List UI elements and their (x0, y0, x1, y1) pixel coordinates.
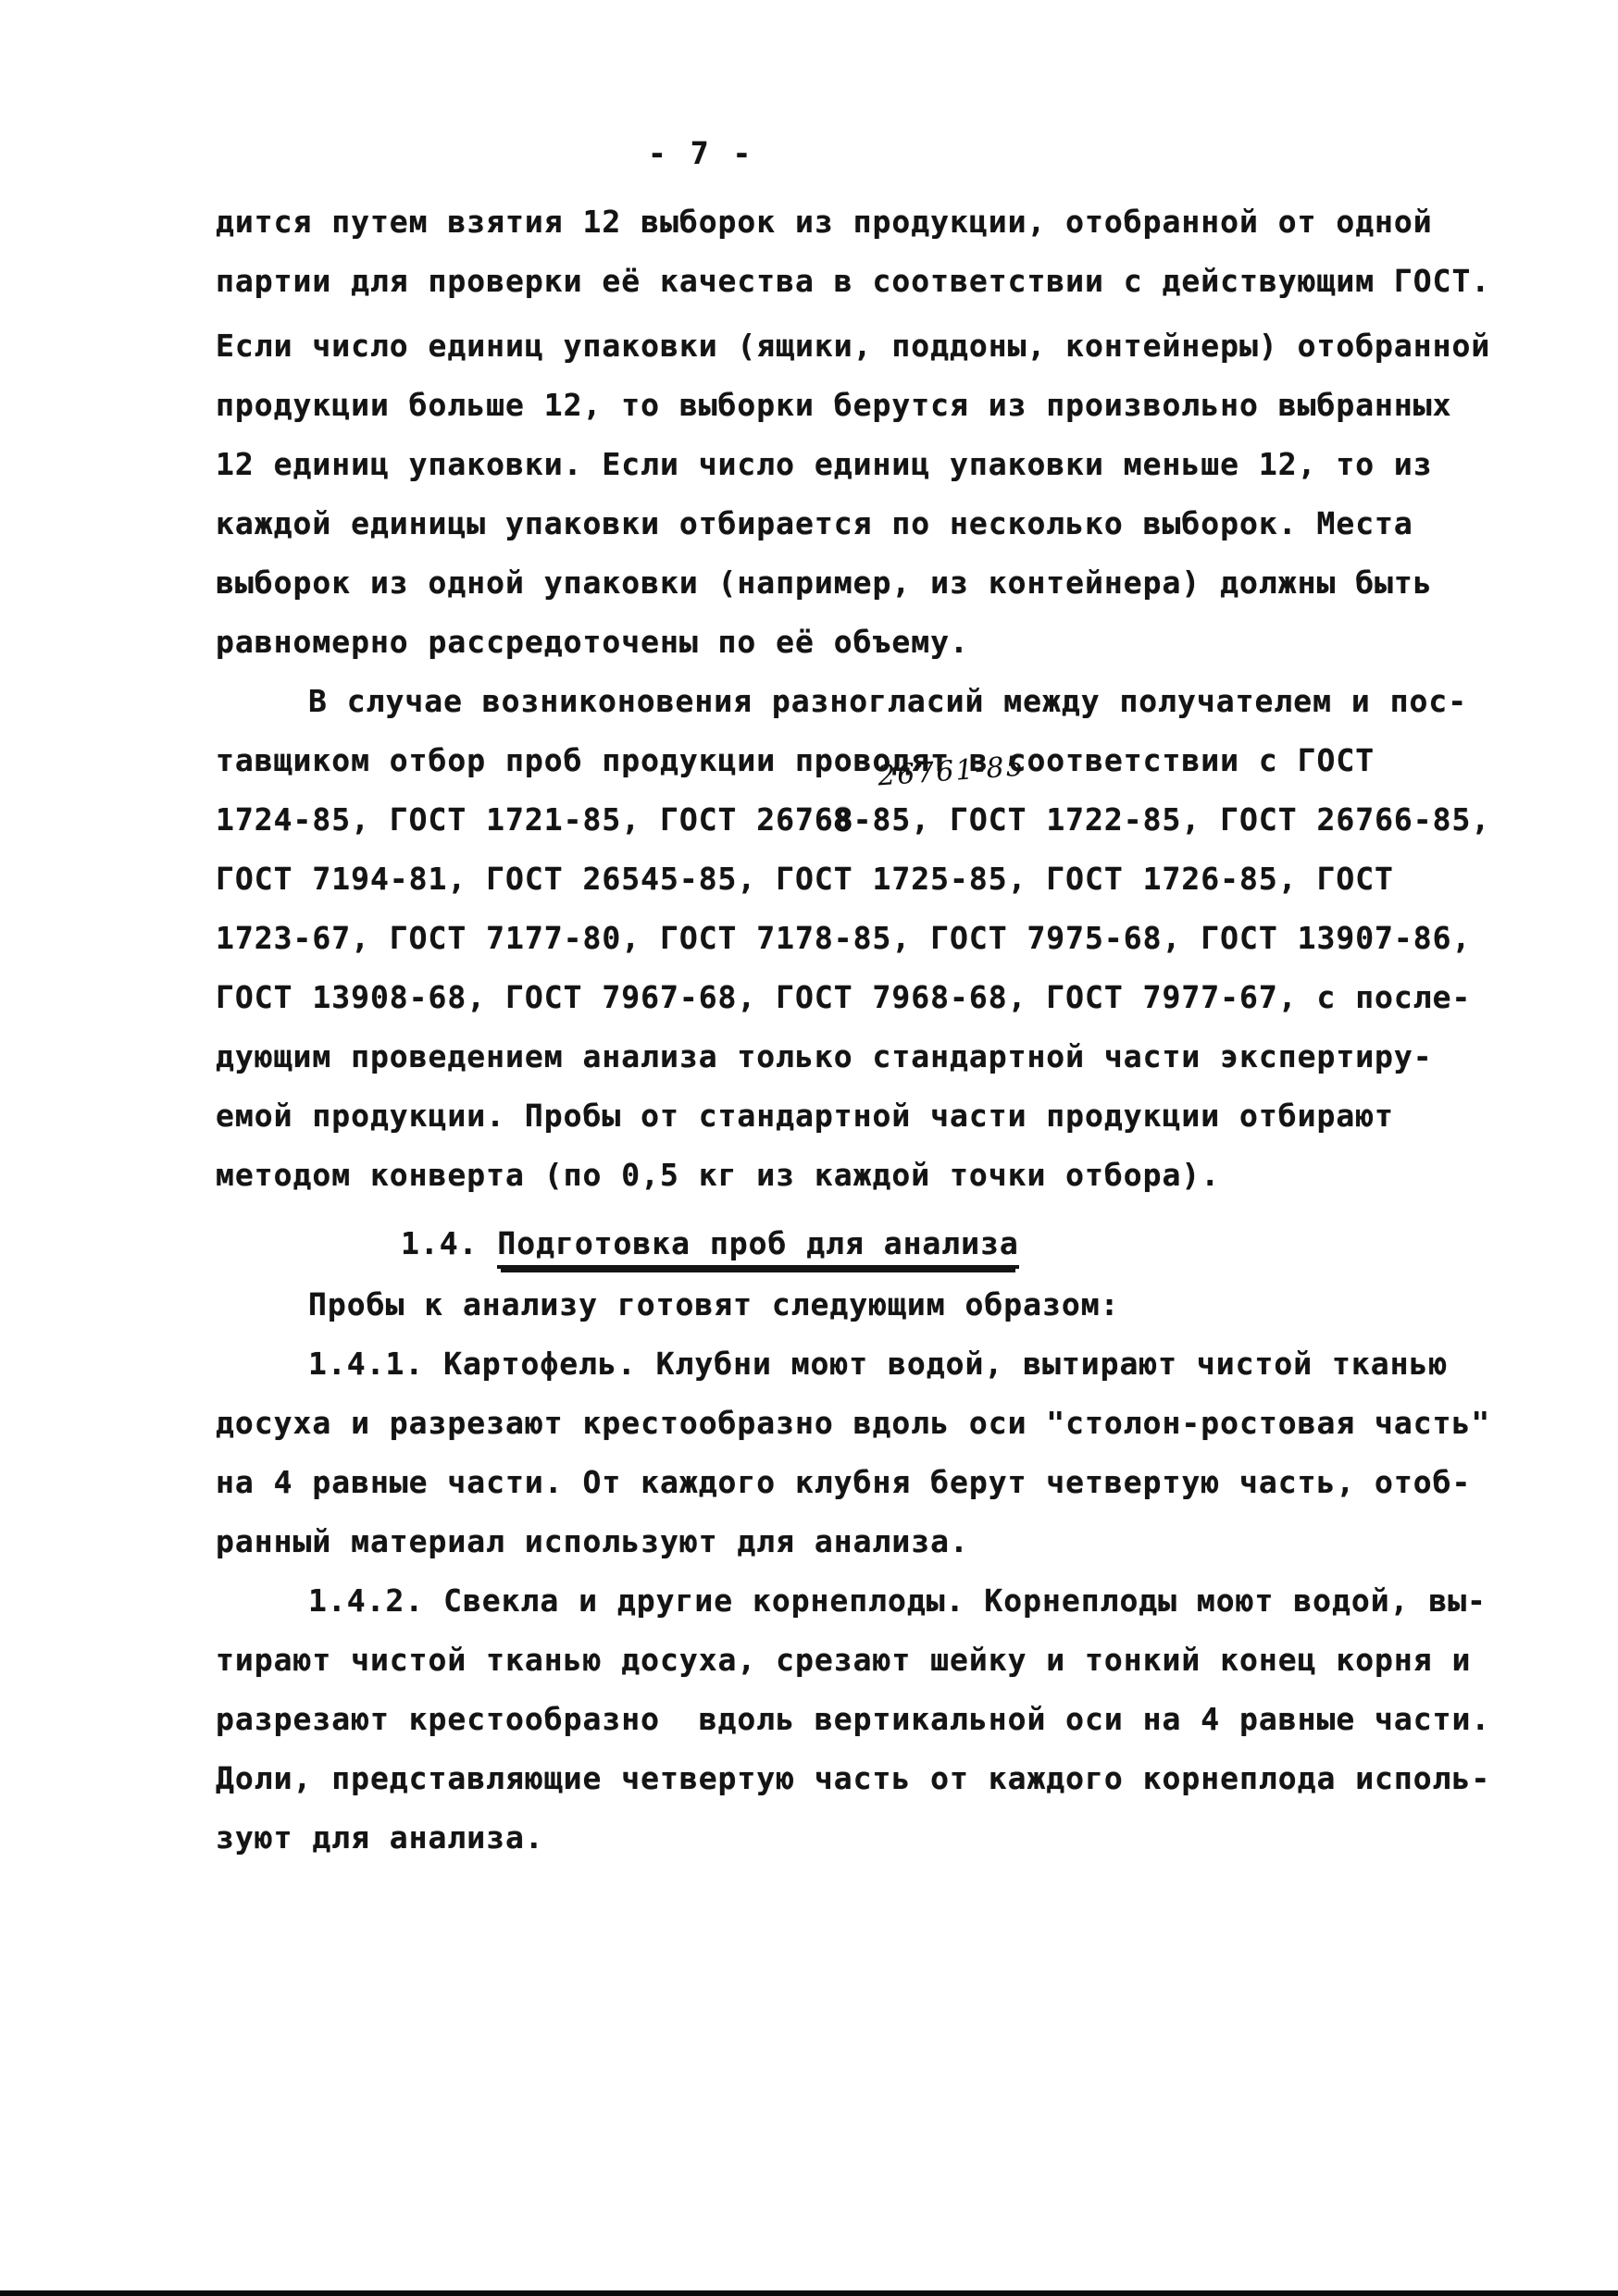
text-line: ГОСТ 13908-68, ГОСТ 7967-68, ГОСТ 7968-6… (216, 979, 1549, 1038)
text-line: разрезают крестообразно вдоль вертикальн… (216, 1701, 1549, 1760)
text-line: Пробы к анализу готовят следующим образо… (216, 1286, 1549, 1346)
text-line: 1723-67, ГОСТ 7177-80, ГОСТ 7178-85, ГОС… (216, 920, 1549, 979)
text-line: методом конверта (по 0,5 кг из каждой то… (216, 1157, 1549, 1216)
text-line: Доли, представляющие четвертую часть от … (216, 1760, 1549, 1819)
text-line: дующим проведением анализа только станда… (216, 1038, 1549, 1098)
page-number: - 7 - (648, 135, 753, 171)
text-line: зуют для анализа. (216, 1819, 1549, 1879)
text-line: В случае возниконовения разногласий межд… (216, 683, 1549, 742)
text-line: ранный материал используют для анализа. (216, 1523, 1549, 1582)
text-line: емой продукции. Пробы от стандартной час… (216, 1098, 1549, 1157)
text-line: партии для проверки её качества в соотве… (216, 263, 1549, 322)
text-line-gost-corrected: 1724-85, ГОСТ 1721-85, ГОСТ 26768-85, ГО… (216, 801, 1549, 861)
gost-text-before: 1724-85, ГОСТ 1721-85, ГОСТ 2676 (216, 801, 834, 838)
text-line: 1.4.1. Картофель. Клубни моют водой, выт… (216, 1346, 1549, 1405)
text-line: тирают чистой тканью досуха, срезают шей… (216, 1642, 1549, 1701)
section-number: 1.4. (401, 1225, 497, 1261)
text-line: досуха и разрезают крестообразно вдоль о… (216, 1405, 1549, 1464)
text-line: 12 единиц упаковки. Если число единиц уп… (216, 446, 1549, 505)
document-body: дится путем взятия 12 выборок из продукц… (216, 204, 1549, 1879)
text-line: на 4 равные части. От каждого клубня бер… (216, 1464, 1549, 1523)
text-line: продукции больше 12, то выборки берутся … (216, 387, 1549, 446)
text-line: равномерно рассредоточены по её объему. (216, 624, 1549, 683)
text-line: каждой единицы упаковки отбирается по не… (216, 505, 1549, 565)
section-heading: 1.4. Подготовка проб для анализа (216, 1225, 1549, 1285)
overstruck-digit: 8 (834, 801, 853, 838)
text-line: дится путем взятия 12 выборок из продукц… (216, 204, 1549, 263)
text-line: Если число единиц упаковки (ящики, поддо… (216, 328, 1549, 387)
text-line: 1.4.2. Свекла и другие корнеплоды. Корне… (216, 1582, 1549, 1642)
scanned-page: - 7 - дится путем взятия 12 выборок из п… (0, 0, 1618, 2296)
scan-edge-bottom (0, 2290, 1618, 2296)
text-line: ГОСТ 7194-81, ГОСТ 26545-85, ГОСТ 1725-8… (216, 861, 1549, 920)
gost-text-after: -85, ГОСТ 1722-85, ГОСТ 26766-85, (853, 801, 1491, 838)
text-line: выборок из одной упаковки (например, из … (216, 565, 1549, 624)
section-title-underlined: Подготовка проб для анализа (497, 1225, 1018, 1269)
